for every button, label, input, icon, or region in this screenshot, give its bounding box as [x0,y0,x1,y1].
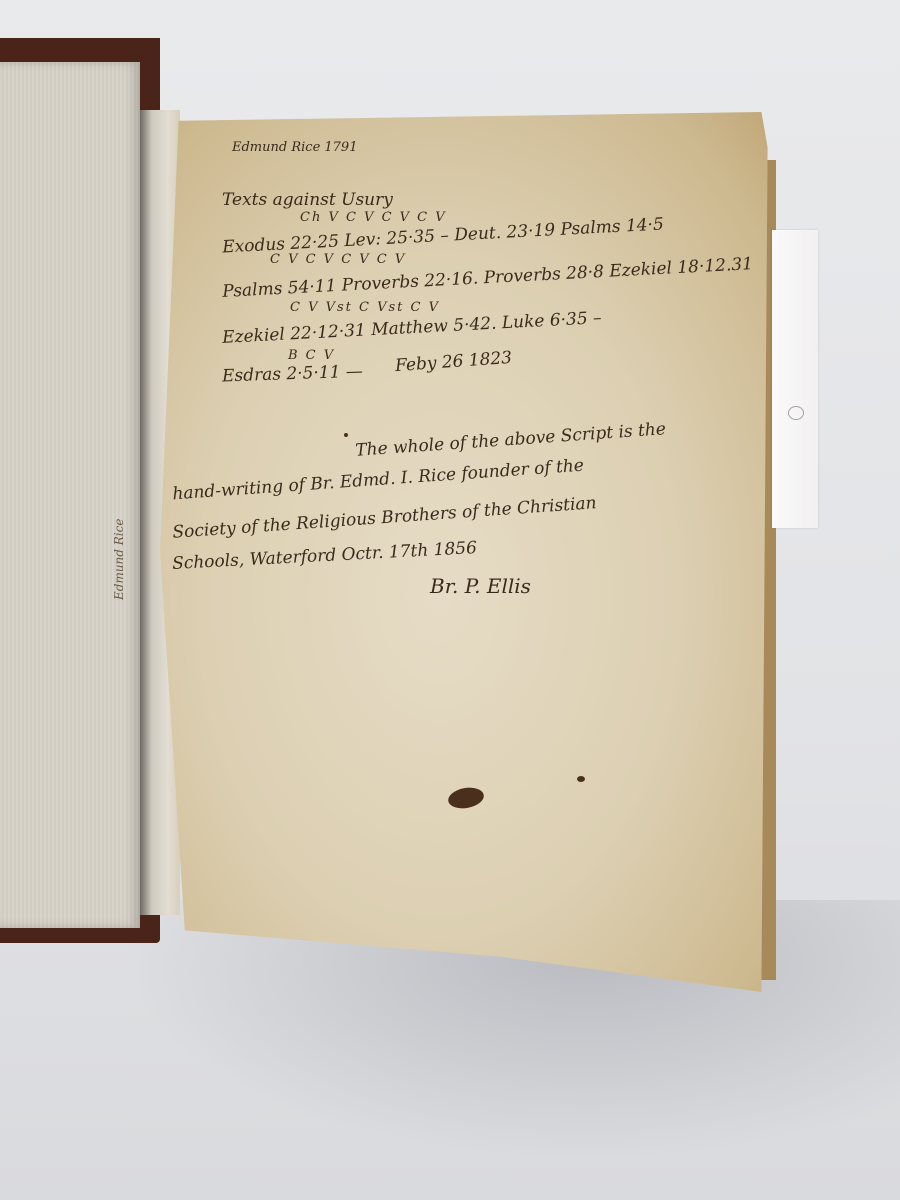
ink-dot [344,433,348,437]
attestation-signature: Br. P. Ellis [430,574,531,598]
row1-labels: Ch V C V C V C V [300,210,447,225]
margin-note: Edmund Rice [112,519,126,600]
heading: Texts against Usury [222,190,393,210]
row4-labels: B C V [288,348,335,363]
row3-labels: C V Vst C Vst C V [290,300,440,315]
bookmark-slip[interactable] [772,230,818,528]
pastedown-endpaper [0,62,140,928]
slip-hole [788,406,804,420]
owner-signature: Edmund Rice 1791 [232,140,357,155]
row2-labels: C V C V C V C V [270,252,406,267]
ink-speck [577,776,585,782]
